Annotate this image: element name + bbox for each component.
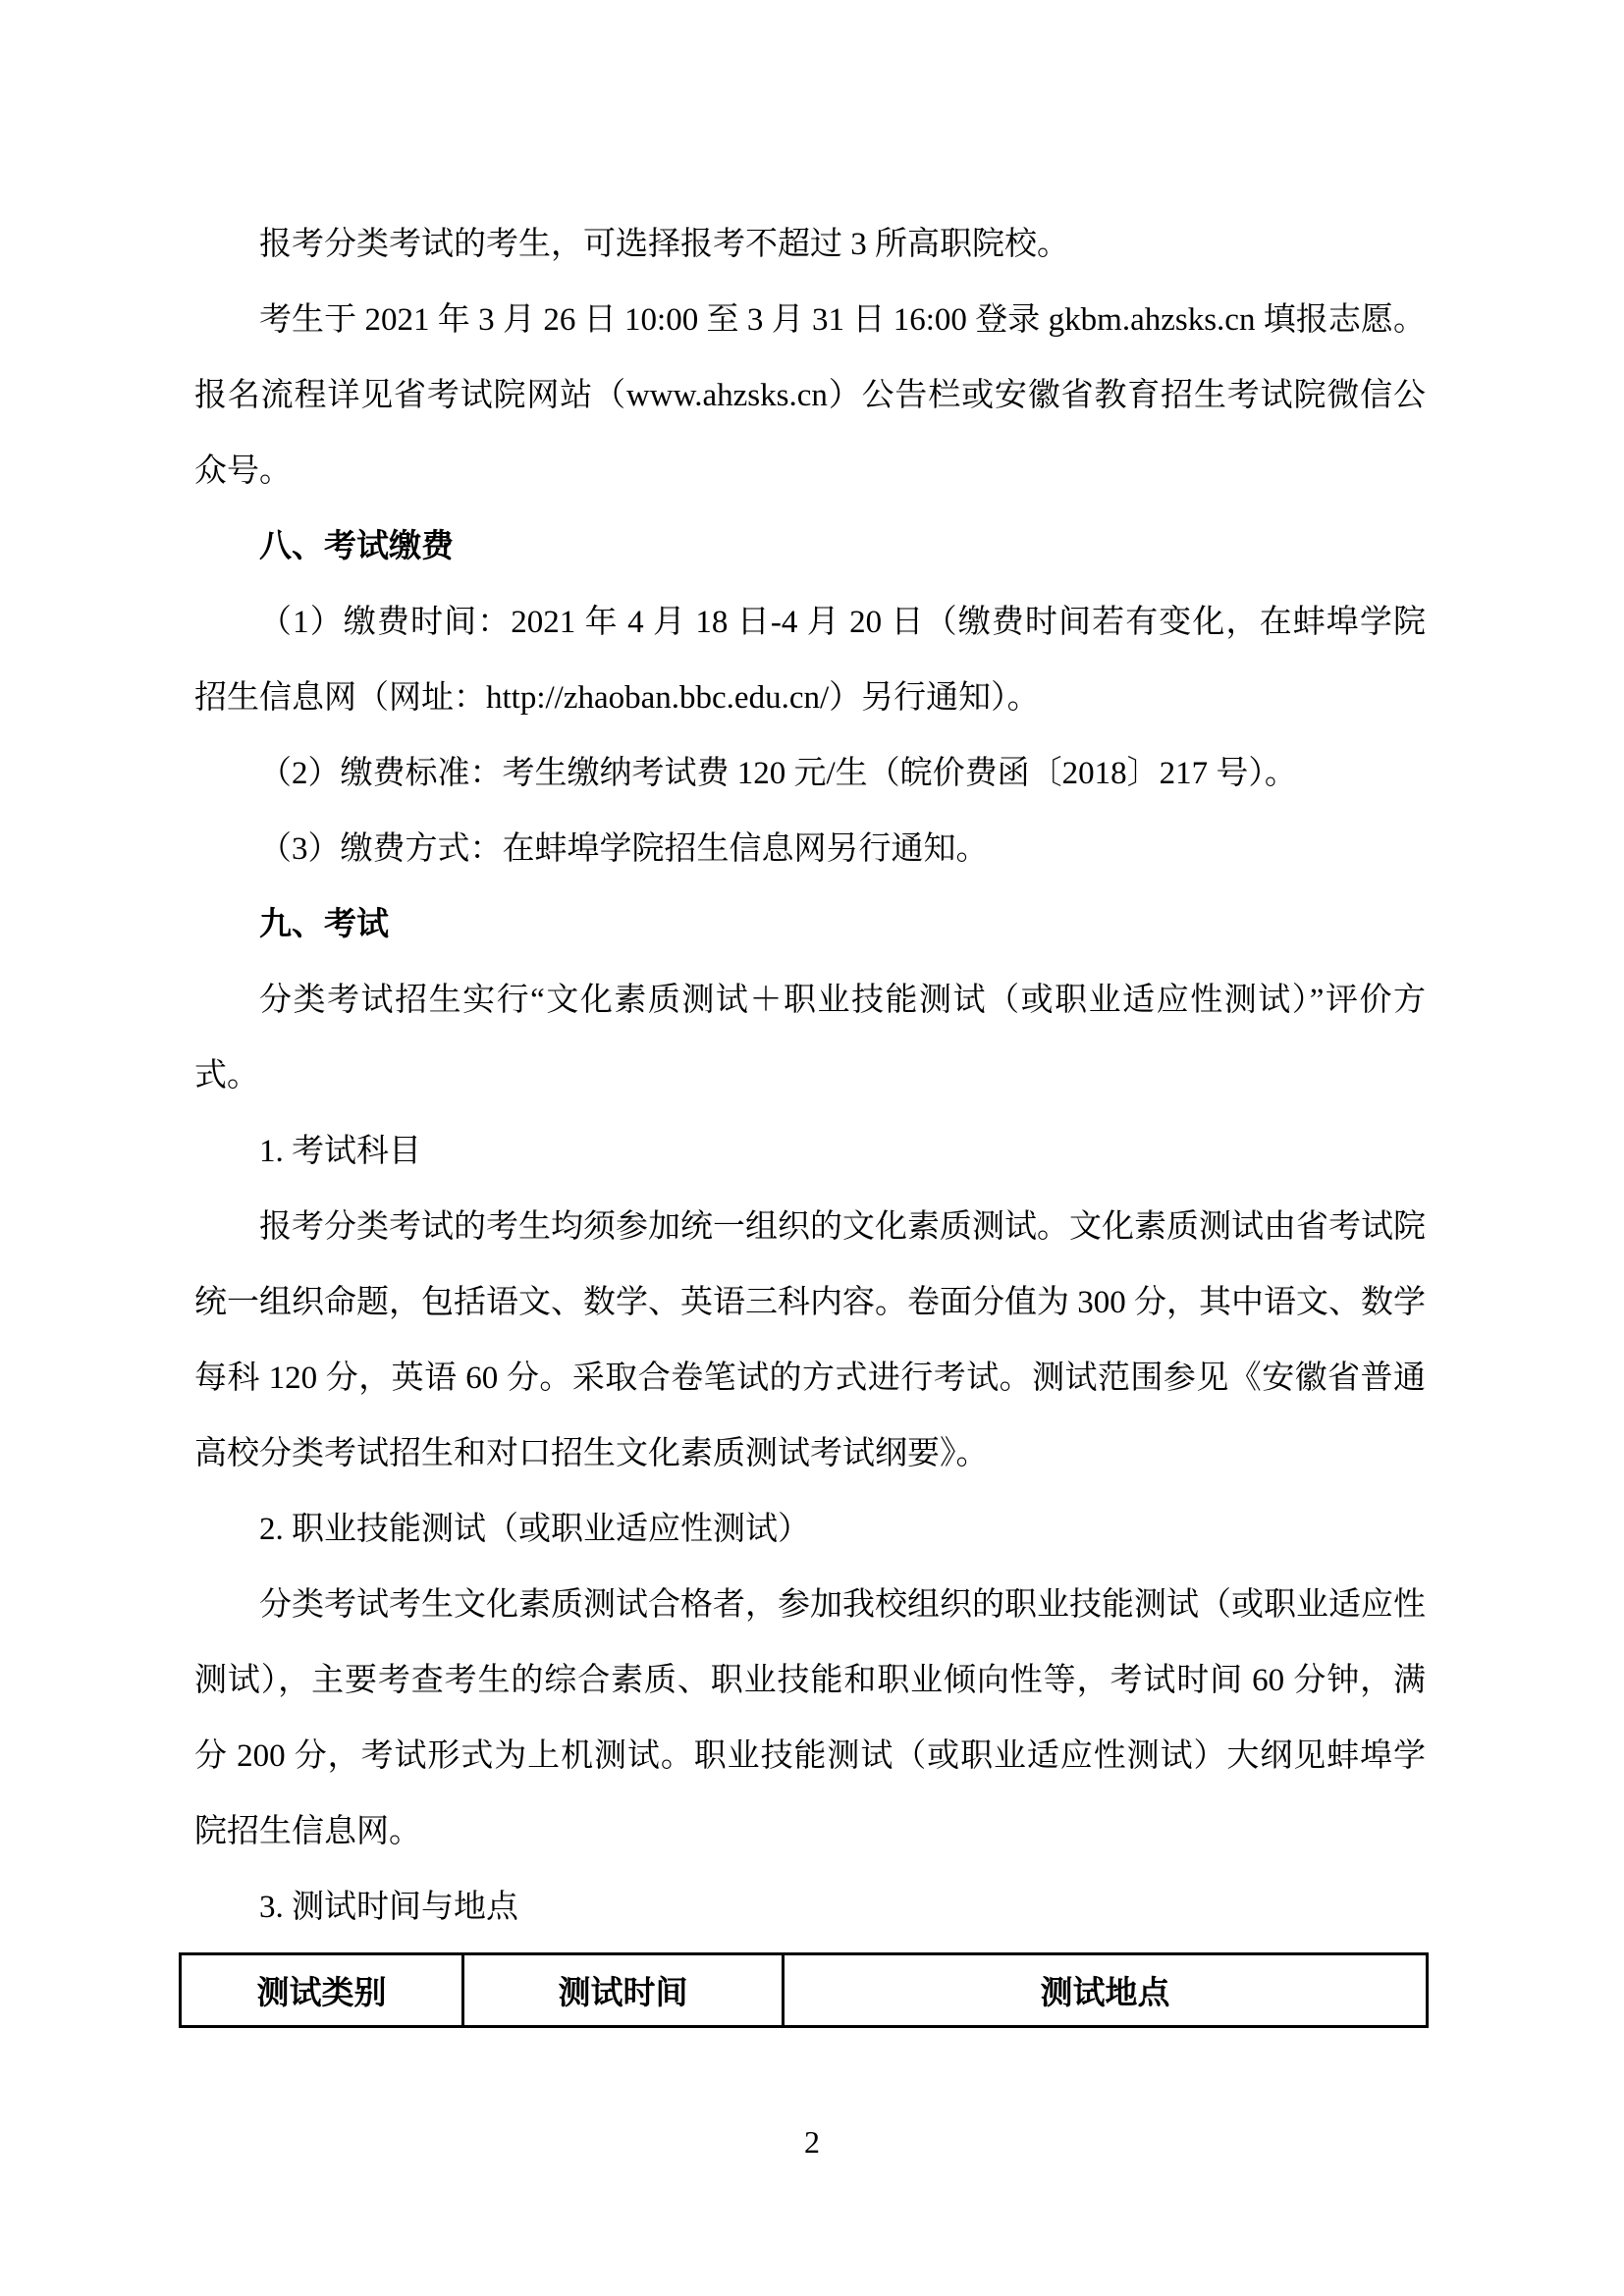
page-number: 2 — [0, 2124, 1624, 2160]
table-header-row: 测试类别 测试时间 测试地点 — [181, 1954, 1428, 2027]
body-text-line: 考生于 2021 年 3 月 26 日 10:00 至 3 月 31 日 16:… — [194, 283, 1426, 358]
body-text-line: 每科 120 分，英语 60 分。采取合卷笔试的方式进行考试。测试范围参见《安徽… — [194, 1341, 1426, 1416]
subsection-heading-test-schedule: 3. 测试时间与地点 — [194, 1870, 1426, 1946]
document-page: 报考分类考试的考生，可选择报考不超过 3 所高职院校。 考生于 2021 年 3… — [0, 0, 1624, 2296]
body-text-line: 报名流程详见省考试院网站（www.ahzsks.cn）公告栏或安徽省教育招生考试… — [194, 358, 1426, 434]
body-text-line: 式。 — [194, 1039, 1426, 1114]
section-heading-exam: 九、考试 — [194, 887, 1426, 963]
subsection-heading-exam-subjects: 1. 考试科目 — [194, 1114, 1426, 1190]
body-text-line: 分类考试考生文化素质测试合格者，参加我校组织的职业技能测试（或职业适应性 — [194, 1568, 1426, 1643]
body-text-line: 分 200 分，考试形式为上机测试。职业技能测试（或职业适应性测试）大纲见蚌埠学 — [194, 1719, 1426, 1794]
body-text-line: 高校分类考试招生和对口招生文化素质测试考试纲要》。 — [194, 1416, 1426, 1492]
section-heading-payment: 八、考试缴费 — [194, 509, 1426, 585]
table-header-cell-time: 测试时间 — [463, 1954, 784, 2027]
body-text-line: 院招生信息网。 — [194, 1794, 1426, 1870]
body-text-line: （1）缴费时间：2021 年 4 月 18 日-4 月 20 日（缴费时间若有变… — [194, 585, 1426, 661]
document-body: 报考分类考试的考生，可选择报考不超过 3 所高职院校。 考生于 2021 年 3… — [194, 207, 1426, 2028]
subsection-heading-skill-test: 2. 职业技能测试（或职业适应性测试） — [194, 1492, 1426, 1568]
body-text-line: 报考分类考试的考生均须参加统一组织的文化素质测试。文化素质测试由省考试院 — [194, 1190, 1426, 1265]
table-header-cell-location: 测试地点 — [784, 1954, 1428, 2027]
body-text-line: 报考分类考试的考生，可选择报考不超过 3 所高职院校。 — [194, 207, 1426, 283]
body-text-line: 统一组织命题，包括语文、数学、英语三科内容。卷面分值为 300 分，其中语文、数… — [194, 1265, 1426, 1341]
body-text-line: 分类考试招生实行“文化素质测试＋职业技能测试（或职业适应性测试）”评价方 — [194, 963, 1426, 1039]
test-schedule-table: 测试类别 测试时间 测试地点 — [179, 1952, 1429, 2028]
body-text-line: 测试），主要考查考生的综合素质、职业技能和职业倾向性等，考试时间 60 分钟，满 — [194, 1643, 1426, 1719]
body-text-line: （2）缴费标准：考生缴纳考试费 120 元/生（皖价费函〔2018〕217 号）… — [194, 736, 1426, 812]
table-header-cell-category: 测试类别 — [181, 1954, 463, 2027]
body-text-line: 众号。 — [194, 434, 1426, 509]
body-text-line: 招生信息网（网址：http://zhaoban.bbc.edu.cn/）另行通知… — [194, 661, 1426, 736]
body-text-line: （3）缴费方式：在蚌埠学院招生信息网另行通知。 — [194, 812, 1426, 887]
